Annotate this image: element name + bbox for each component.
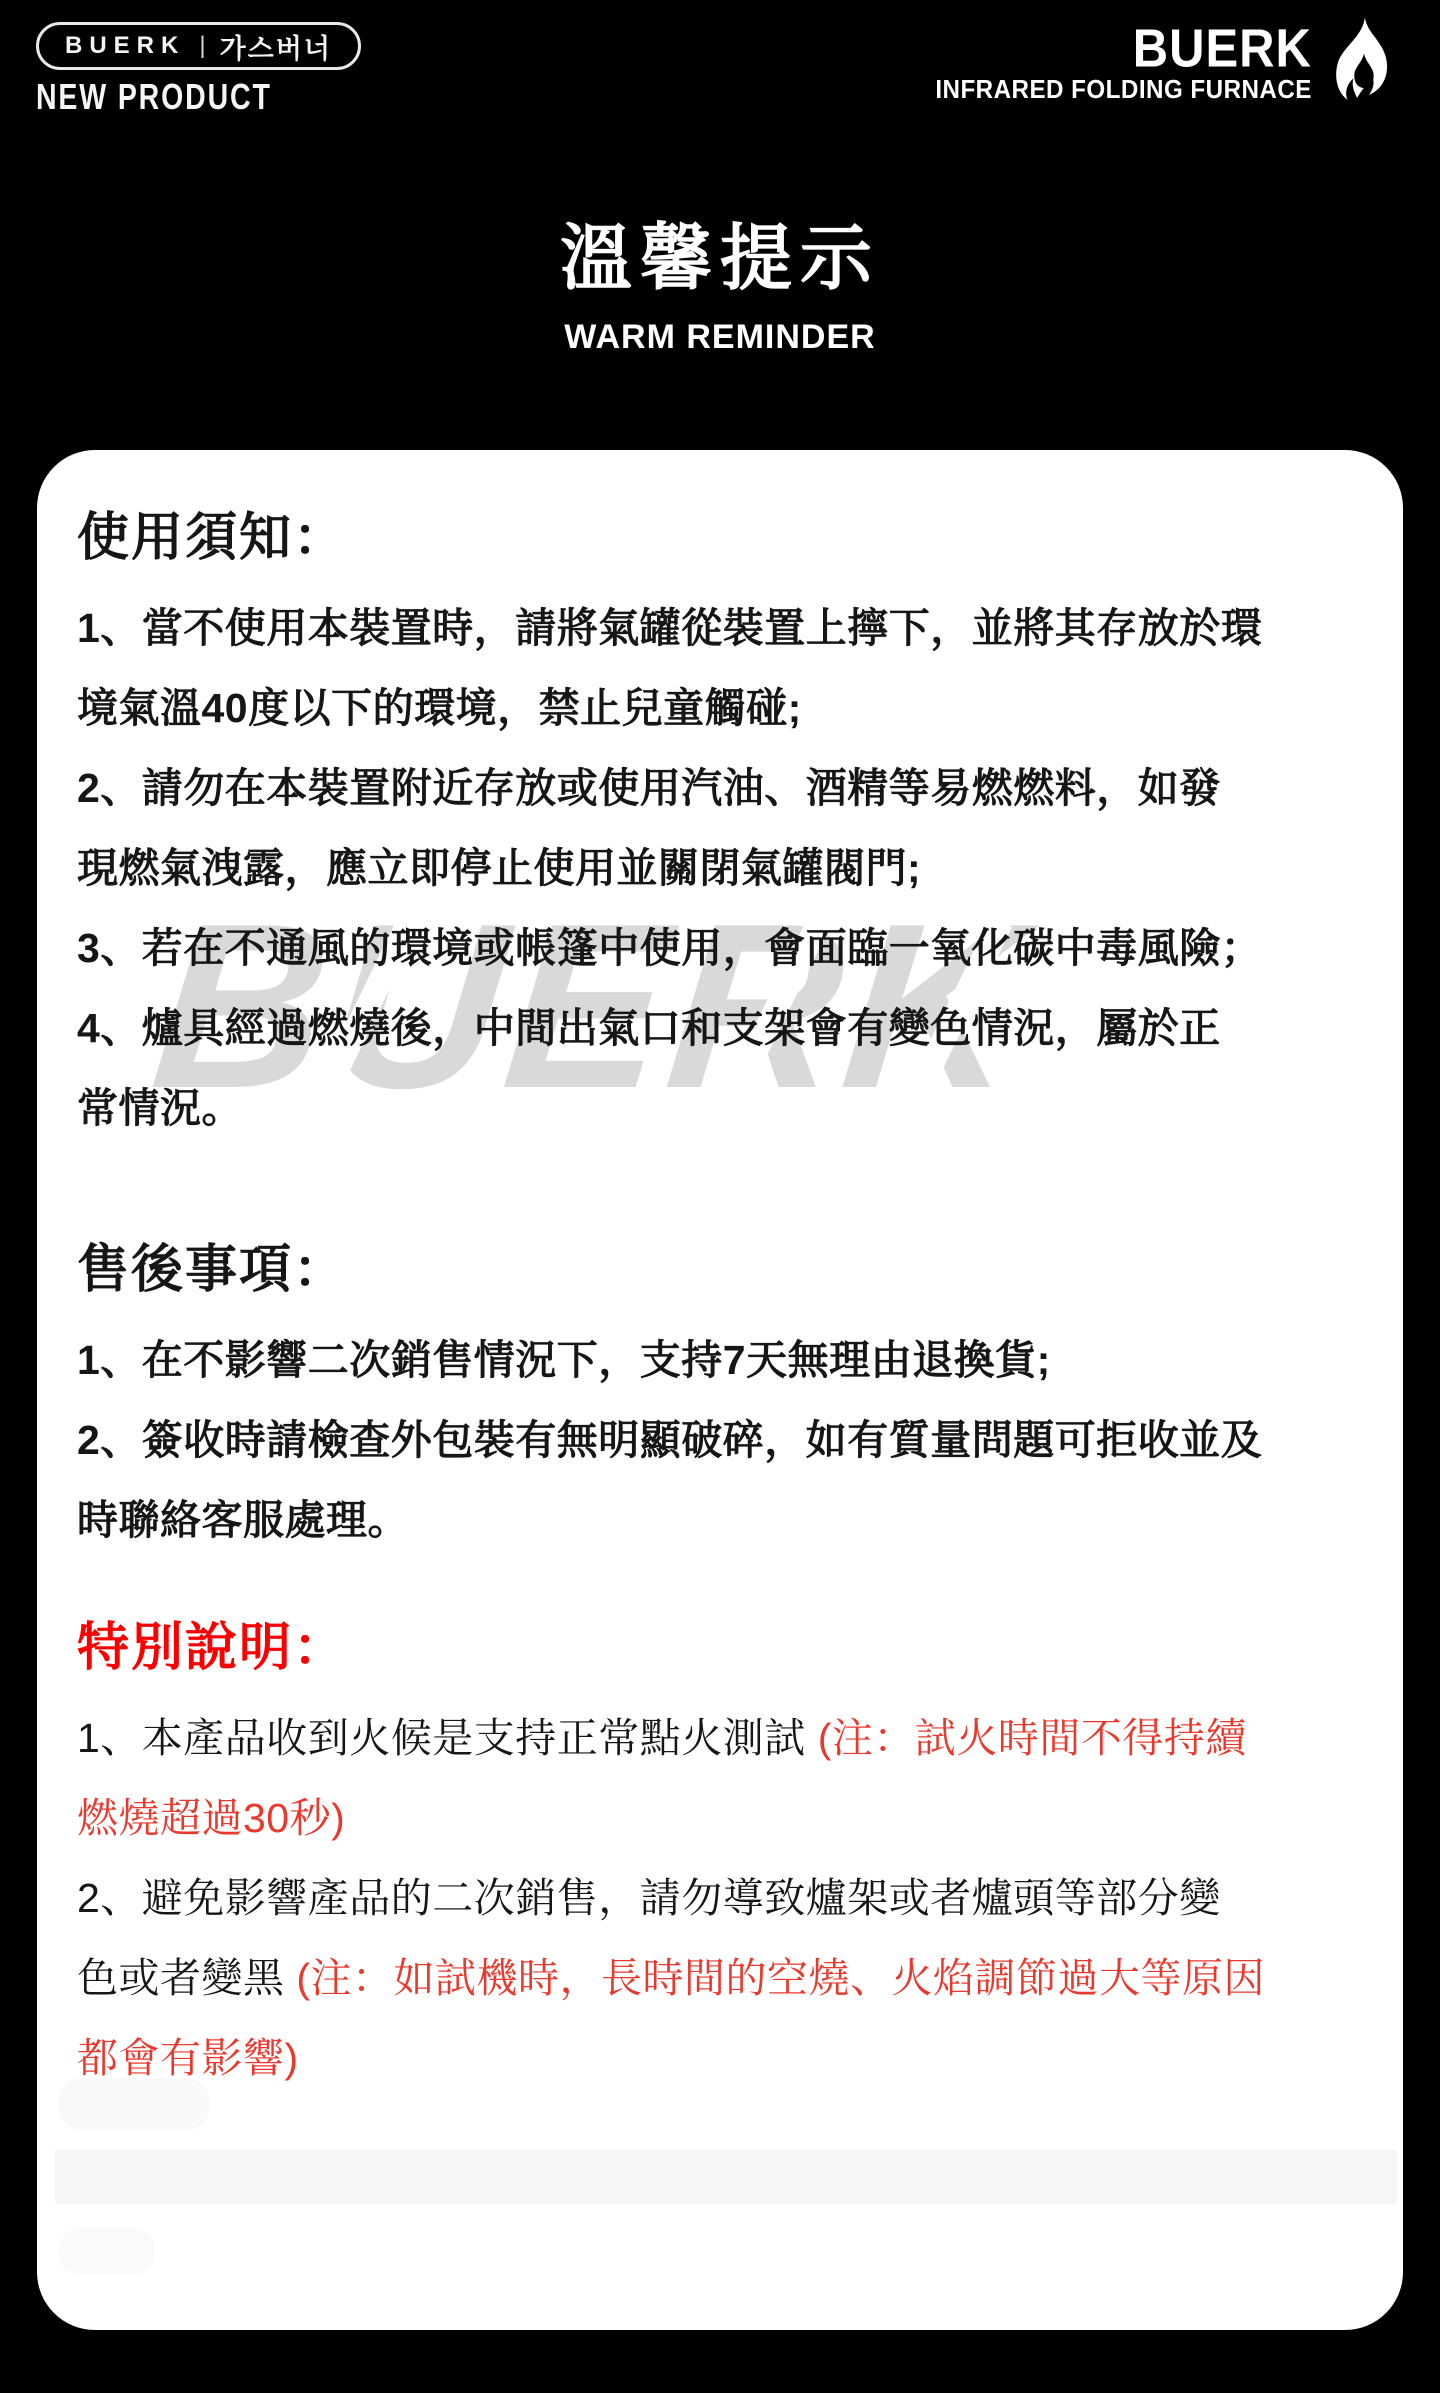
notice-line: 色或者變黑 (注：如試機時，長時間的空燒、火焰調節過大等原因 bbox=[77, 1938, 1363, 2018]
notice-line: 1、本產品收到火候是支持正常點火測試 (注：試火時間不得持續 bbox=[77, 1698, 1363, 1778]
badge-brand-text: BUERK bbox=[65, 32, 185, 60]
line-segment: 2、請勿在本裝置附近存放或使用汽油、酒精等易燃燃料，如發 bbox=[77, 765, 1221, 811]
line-segment: 1、本產品收到火候是支持正常點火測試 bbox=[77, 1715, 818, 1761]
brand-badge: BUERK | 가스버너 bbox=[36, 22, 361, 70]
notice-line: 時聯絡客服處理。 bbox=[77, 1480, 1363, 1560]
notice-line: 1、當不使用本裝置時，請將氣罐從裝置上擰下，並將其存放於環 bbox=[77, 588, 1363, 668]
line-segment: 色或者變黑 bbox=[77, 1955, 296, 2001]
page-title-zh: 溫馨提示 bbox=[0, 200, 1440, 304]
line-segment: 常情況。 bbox=[77, 1085, 243, 1131]
line-segment: 境氣溫40度以下的環境，禁止兒童觸碰; bbox=[77, 685, 802, 731]
brand-tagline: INFRARED FOLDING FURNACE bbox=[935, 74, 1312, 105]
line-segment: 時聯絡客服處理。 bbox=[77, 1497, 409, 1543]
badge-divider: | bbox=[199, 32, 205, 60]
header-right: BUERK INFRARED FOLDING FURNACE bbox=[907, 16, 1394, 110]
sections-container: 使用須知：1、當不使用本裝置時，請將氣罐從裝置上擰下，並將其存放於環境氣溫40度… bbox=[37, 450, 1403, 2098]
section-lines-special: 1、本產品收到火候是支持正常點火測試 (注：試火時間不得持續燃燒超過30秒)2、… bbox=[77, 1698, 1363, 2098]
line-segment: 3、若在不通風的環境或帳篷中使用，會面臨一氧化碳中毒風險； bbox=[77, 925, 1262, 971]
notice-line: 常情況。 bbox=[77, 1068, 1363, 1148]
line-segment: 4、爐具經過燃燒後，中間出氣口和支架會有變色情況，屬於正 bbox=[77, 1005, 1221, 1051]
notice-line: 2、請勿在本裝置附近存放或使用汽油、酒精等易燃燃料，如發 bbox=[77, 748, 1363, 828]
header-right-text: BUERK INFRARED FOLDING FURNACE bbox=[907, 22, 1312, 105]
line-segment: 燃燒超過30秒) bbox=[77, 1795, 345, 1841]
section-heading-special: 特別說明： bbox=[77, 1616, 1363, 1680]
notice-line: 現燃氣洩露，應立即停止使用並關閉氣罐閥門; bbox=[77, 828, 1363, 908]
notice-card: BUERK 使用須知：1、當不使用本裝置時，請將氣罐從裝置上擰下，並將其存放於環… bbox=[37, 450, 1403, 2330]
line-segment: 2、避免影響產品的二次銷售，請勿導致爐架或者爐頭等部分變 bbox=[77, 1875, 1221, 1921]
line-segment: (注：試火時間不得持續 bbox=[818, 1715, 1247, 1761]
new-product-label: NEW PRODUCT bbox=[36, 76, 272, 118]
notice-line: 1、在不影響二次銷售情況下，支持7天無理由退換貨; bbox=[77, 1320, 1363, 1400]
line-segment: 2、簽收時請檢查外包裝有無明顯破碎，如有質量問題可拒收並及 bbox=[77, 1417, 1262, 1463]
ghost-band bbox=[55, 2150, 1397, 2204]
flame-icon bbox=[1332, 16, 1394, 110]
section-lines-usage: 1、當不使用本裝置時，請將氣罐從裝置上擰下，並將其存放於環境氣溫40度以下的環境… bbox=[77, 588, 1363, 1148]
section-heading-aftersales: 售後事項： bbox=[77, 1238, 1363, 1302]
notice-line: 都會有影響) bbox=[77, 2018, 1363, 2098]
line-segment: 現燃氣洩露，應立即停止使用並關閉氣罐閥門; bbox=[77, 845, 921, 891]
line-segment: (注：如試機時，長時間的空燒、火焰調節過大等原因 bbox=[296, 1955, 1265, 2001]
notice-line: 燃燒超過30秒) bbox=[77, 1778, 1363, 1858]
brand-wordmark: BUERK bbox=[915, 19, 1312, 75]
section-heading-usage: 使用須知： bbox=[77, 506, 1363, 570]
notice-line: 3、若在不通風的環境或帳篷中使用，會面臨一氧化碳中毒風險； bbox=[77, 908, 1363, 988]
line-segment: 1、當不使用本裝置時，請將氣罐從裝置上擰下，並將其存放於環 bbox=[77, 605, 1262, 651]
line-segment: 1、在不影響二次銷售情況下，支持7天無理由退換貨; bbox=[77, 1337, 1051, 1383]
page-title-en: WARM REMINDER bbox=[0, 318, 1440, 357]
notice-line: 4、爐具經過燃燒後，中間出氣口和支架會有變色情況，屬於正 bbox=[77, 988, 1363, 1068]
page-root: BUERK | 가스버너 NEW PRODUCT BUERK INFRARED … bbox=[0, 0, 1440, 2393]
notice-line: 境氣溫40度以下的環境，禁止兒童觸碰; bbox=[77, 668, 1363, 748]
ghost-smudge bbox=[59, 2228, 155, 2274]
line-segment: 都會有影響) bbox=[77, 2035, 299, 2081]
notice-line: 2、避免影響產品的二次銷售，請勿導致爐架或者爐頭等部分變 bbox=[77, 1858, 1363, 1938]
notice-line: 2、簽收時請檢查外包裝有無明顯破碎，如有質量問題可拒收並及 bbox=[77, 1400, 1363, 1480]
section-lines-aftersales: 1、在不影響二次銷售情況下，支持7天無理由退換貨;2、簽收時請檢查外包裝有無明顯… bbox=[77, 1320, 1363, 1560]
badge-korean-text: 가스버너 bbox=[220, 27, 332, 66]
